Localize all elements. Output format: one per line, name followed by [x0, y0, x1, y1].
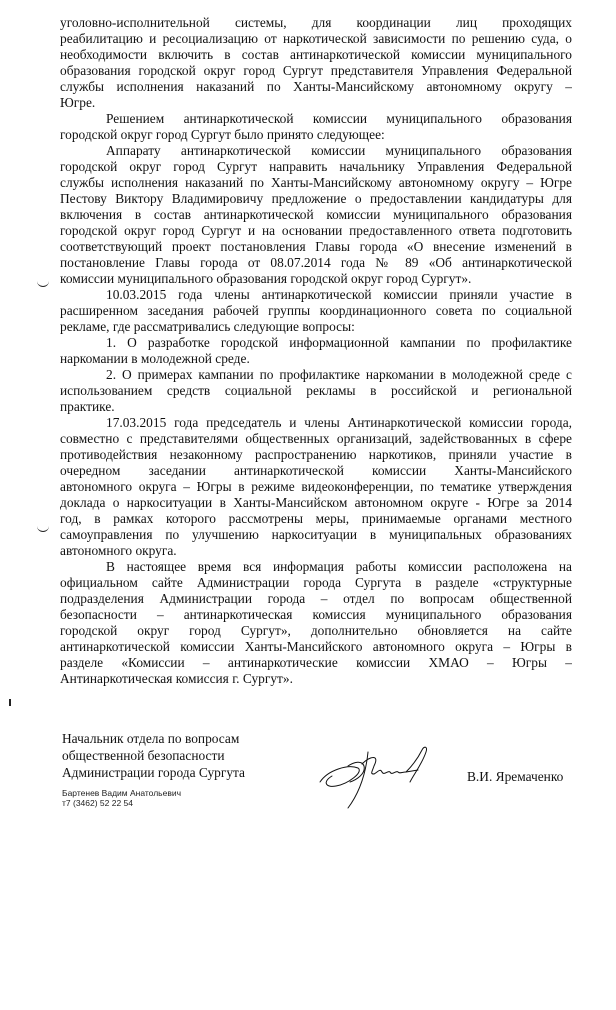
text-line: включения в состав антинаркотической ком…: [60, 207, 572, 223]
text-line: антинаркотической комиссии Ханты-Мансийс…: [60, 639, 572, 655]
text-line: постановление Главы города от 08.07.2014…: [60, 255, 572, 271]
text-line: разделе «Комиссии – антинаркотические ко…: [60, 655, 572, 671]
paragraph-p3: Аппарату антинаркотической комиссии муни…: [60, 143, 572, 287]
text-line: 2. О примерах кампании по профилактике н…: [60, 367, 572, 383]
executor-name: Бартенев Вадим Анатольевич: [62, 788, 181, 798]
handwritten-signature-icon: [318, 742, 438, 812]
text-line: совместно с представителями общественных…: [60, 431, 572, 447]
document-body: уголовно-исполнительной системы, для коо…: [60, 15, 572, 687]
text-line: городской округ город Сургут направить н…: [60, 159, 572, 175]
paragraph-p8: В настоящее время вся информация работы …: [60, 559, 572, 687]
document-page: уголовно-исполнительной системы, для коо…: [0, 0, 616, 1010]
text-line: городской округ город Сургут», дополните…: [60, 623, 572, 639]
signatory-position: Начальник отдела по вопросам общественно…: [62, 730, 245, 781]
text-line: официальном сайте Администрации города С…: [60, 575, 572, 591]
position-line-1: Начальник отдела по вопросам: [62, 730, 245, 747]
text-line: самоуправления по улучшению наркоситуаци…: [60, 527, 572, 543]
text-line: подразделения Администрации города – отд…: [60, 591, 572, 607]
text-line: образования городской округ город Сургут…: [60, 63, 572, 79]
text-line: 1. О разработке городской информационной…: [60, 335, 572, 351]
text-line: Антинаркотическая комиссия г. Сургут».: [60, 671, 572, 687]
text-line: службы исполнения наказаний по Ханты-Ман…: [60, 79, 572, 95]
text-line: комиссии муниципального образования горо…: [60, 271, 572, 287]
text-line: В настоящее время вся информация работы …: [60, 559, 572, 575]
paragraph-p1: уголовно-исполнительной системы, для коо…: [60, 15, 572, 111]
text-line: автономного округа.: [60, 543, 572, 559]
text-line: расширенном заседания рабочей группы коо…: [60, 303, 572, 319]
position-line-3: Администрации города Сургута: [62, 764, 245, 781]
executor-contact: Бартенев Вадим Анатольевич т7 (3462) 52 …: [62, 788, 181, 808]
executor-phone: т7 (3462) 52 22 54: [62, 798, 181, 808]
text-line: безопасности – антинаркотическая комисси…: [60, 607, 572, 623]
paragraph-p7: 17.03.2015 года председатель и члены Ант…: [60, 415, 572, 559]
text-line: противодействия незаконному распростране…: [60, 447, 572, 463]
text-line: Аппарату антинаркотической комиссии муни…: [60, 143, 572, 159]
text-line: городской округ город Сургут и на основа…: [60, 223, 572, 239]
text-line: использованием средств социальной реклам…: [60, 383, 572, 399]
margin-mark-1: [37, 280, 49, 287]
text-line: практике.: [60, 399, 572, 415]
text-line: уголовно-исполнительной системы, для коо…: [60, 15, 572, 31]
text-line: очередном заседании антинаркотической ко…: [60, 463, 572, 479]
margin-tick: [9, 699, 11, 706]
text-line: 10.03.2015 года члены антинаркотической …: [60, 287, 572, 303]
text-line: доклада о наркоситуации в Ханты-Мансийск…: [60, 495, 572, 511]
text-line: Югре.: [60, 95, 572, 111]
text-line: Решением антинаркотической комиссии муни…: [60, 111, 572, 127]
text-line: 17.03.2015 года председатель и члены Ант…: [60, 415, 572, 431]
paragraph-p2: Решением антинаркотической комиссии муни…: [60, 111, 572, 143]
signer-name: В.И. Яремаченко: [467, 769, 563, 785]
paragraph-p5: 1. О разработке городской информационной…: [60, 335, 572, 367]
text-line: соответствующий проект постановления Гла…: [60, 239, 572, 255]
margin-mark-2: [37, 525, 49, 532]
text-line: рекламе, где рассматривались следующие в…: [60, 319, 572, 335]
paragraph-p6: 2. О примерах кампании по профилактике н…: [60, 367, 572, 415]
text-line: наркомании в молодежной среде.: [60, 351, 572, 367]
text-line: городской округ город Сургут было принят…: [60, 127, 572, 143]
text-line: реабилитацию и ресоциализацию от наркоти…: [60, 31, 572, 47]
position-line-2: общественной безопасности: [62, 747, 245, 764]
text-line: год, в рамках которого рассмотрены меры,…: [60, 511, 572, 527]
text-line: необходимости включить в состав антинарк…: [60, 47, 572, 63]
text-line: автономного округа – Югры в режиме видео…: [60, 479, 572, 495]
text-line: службы исполнения наказаний по Ханты-Ман…: [60, 175, 572, 191]
text-line: Пестову Виктору Владимировичу предложени…: [60, 191, 572, 207]
paragraph-p4: 10.03.2015 года члены антинаркотической …: [60, 287, 572, 335]
